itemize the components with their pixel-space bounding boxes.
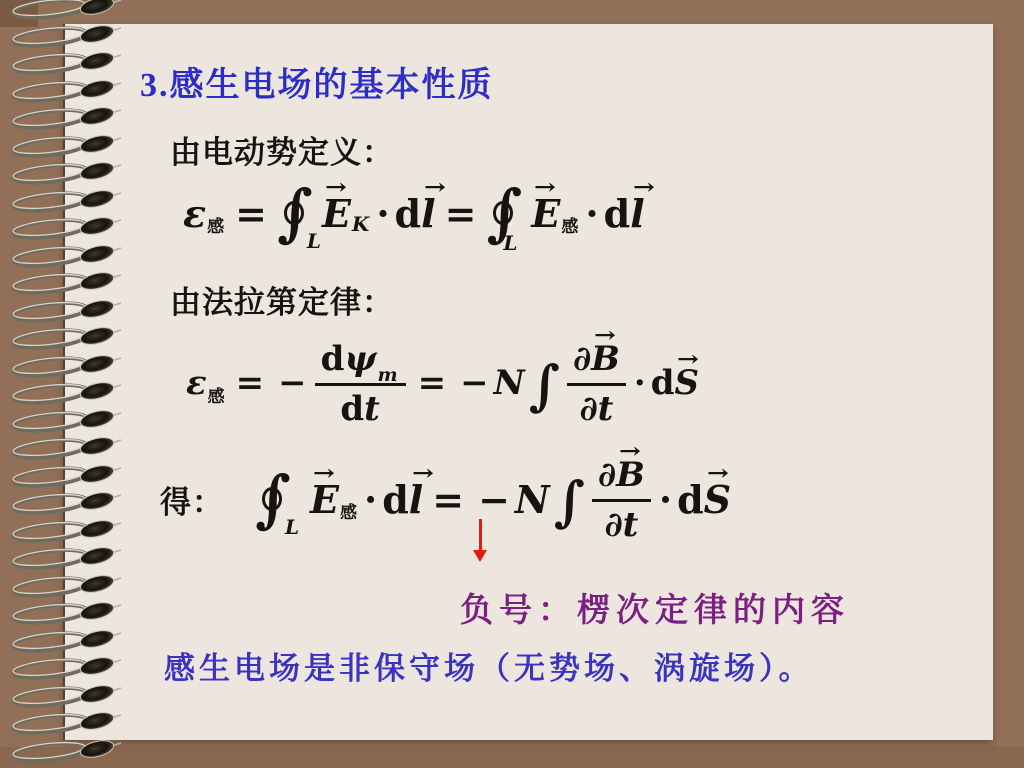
spiral-ring-icon <box>0 76 130 106</box>
math-d: d <box>651 363 675 403</box>
slide-title: 3.感生电场的基本性质 <box>140 57 494 106</box>
closed-loop-integral: ∫ L <box>256 463 290 535</box>
spiral-ring-icon <box>0 708 130 738</box>
vector-l: →l <box>630 191 644 236</box>
spiral-ring-icon <box>0 461 130 491</box>
negative-sign-down-arrow-icon <box>471 519 489 563</box>
spiral-ring-icon <box>0 626 130 656</box>
math-sub-m: m <box>377 364 397 386</box>
math-t: t <box>598 389 614 429</box>
vector-arrow-icon: → <box>619 438 641 463</box>
spiral-ring-icon <box>0 213 130 243</box>
vector-E: →E <box>310 477 339 522</box>
math-psi: ψ <box>344 339 376 379</box>
spiral-ring-icon <box>0 488 130 518</box>
vector-arrow-icon: → <box>633 174 655 199</box>
spiral-ring-icon <box>0 653 130 683</box>
spiral-ring-icon <box>0 571 130 601</box>
spiral-ring-icon <box>0 378 130 408</box>
spiral-ring-icon <box>0 186 130 216</box>
spiral-ring-icon <box>0 241 130 271</box>
math-equals: = <box>227 363 274 403</box>
math-minus: − <box>473 477 515 522</box>
math-sub-gan: 感 <box>207 212 224 237</box>
formula-faraday: ε感 = − dψm dt = − N ∫ ∂→B ∂t · d→S <box>186 337 699 429</box>
vector-arrow-icon: → <box>313 460 335 485</box>
math-d: d <box>395 191 422 236</box>
math-equals: = <box>226 191 276 236</box>
math-sub-L: L <box>503 231 517 255</box>
formula-emf-definition: ε感 = ∫ L →EK · d→l = ∫ L →E感 · d→l <box>183 176 645 250</box>
math-N: N <box>494 363 525 403</box>
math-dot: · <box>580 191 603 236</box>
math-d: d <box>340 389 364 429</box>
vector-S: →S <box>674 363 699 403</box>
math-sub-gan: 感 <box>340 498 357 523</box>
vector-S: →S <box>704 477 731 522</box>
math-d: d <box>321 339 345 379</box>
closed-loop-integral: ∫ L <box>278 177 312 249</box>
math-partial: ∂ <box>604 505 622 545</box>
spiral-ring-icon <box>0 296 130 326</box>
note-lenz-law: 负号：楞次定律的内容 <box>460 584 850 631</box>
vector-arrow-icon: → <box>707 460 729 485</box>
math-dot: · <box>629 363 651 403</box>
vector-l: →l <box>421 191 435 236</box>
math-dot: · <box>654 477 677 522</box>
vector-B: →B <box>616 455 645 495</box>
math-sub-gan: 感 <box>208 382 225 407</box>
math-epsilon: ε <box>183 191 206 236</box>
integral-glyph: ∫ <box>525 358 564 412</box>
vector-E: →E <box>531 191 560 236</box>
spiral-ring-icon <box>0 736 130 766</box>
label-faraday-law: 由法拉第定律： <box>170 277 394 322</box>
integral-loop-ring-icon <box>284 201 304 225</box>
math-sub-L: L <box>285 515 299 539</box>
math-d: d <box>604 191 631 236</box>
spiral-ring-icon <box>0 406 130 436</box>
integral-glyph: ∫ <box>550 474 589 528</box>
vector-arrow-icon: → <box>325 174 347 199</box>
math-t: t <box>623 505 639 545</box>
math-sub-L: L <box>307 229 321 253</box>
fraction-flux-derivative: dψm dt <box>315 337 406 429</box>
math-dot: · <box>371 191 394 236</box>
conclusion-text: 感生电场是非保守场（无势场、涡旋场）。 <box>164 643 814 688</box>
vector-arrow-icon: → <box>424 174 446 199</box>
fraction-dB-dt: ∂→B ∂t <box>567 337 626 429</box>
math-partial: ∂ <box>598 455 616 495</box>
vector-E: →E <box>322 191 351 236</box>
spiral-ring-icon <box>0 598 130 628</box>
vector-l: →l <box>409 477 423 522</box>
integral-loop-ring-icon <box>262 487 282 511</box>
integral-loop-ring-icon <box>493 201 513 225</box>
vector-arrow-icon: → <box>412 460 434 485</box>
spiral-ring-icon <box>0 351 130 381</box>
closed-loop-integral: ∫ L <box>487 177 521 249</box>
math-minus: − <box>455 363 494 403</box>
spiral-ring-icon <box>0 543 130 573</box>
vector-arrow-icon: → <box>534 174 556 199</box>
vector-B: →B <box>591 339 620 379</box>
math-partial: ∂ <box>573 339 591 379</box>
spiral-ring-icon <box>0 516 130 546</box>
spiral-ring-icon <box>0 681 130 711</box>
slide-background: { "slide": { "title": "3.感生电场的基本性质", "la… <box>0 0 1024 768</box>
math-epsilon: ε <box>186 363 207 403</box>
math-N: N <box>515 477 550 522</box>
spiral-ring-icon <box>0 433 130 463</box>
math-dot: · <box>359 477 382 522</box>
spiral-ring-icon <box>0 158 130 188</box>
vector-arrow-icon: → <box>677 346 699 371</box>
math-d: d <box>677 477 704 522</box>
spiral-ring-icon <box>0 323 130 353</box>
spiral-ring-icon <box>0 103 130 133</box>
math-equals: = <box>409 363 456 403</box>
backdrop-bottom-band <box>0 747 1024 768</box>
math-minus: − <box>273 363 312 403</box>
spiral-ring-icon <box>0 268 130 298</box>
spiral-binding <box>0 0 150 768</box>
formula-result: 得： ∫ L →E感 · d→l = − N ∫ ∂→B ∂t · d→S <box>160 452 731 546</box>
math-d: d <box>382 477 409 522</box>
spiral-ring-icon <box>0 131 130 161</box>
spiral-ring-icon <box>0 21 130 51</box>
math-t: t <box>364 389 380 429</box>
spiral-ring-icon <box>0 48 130 78</box>
label-emf-definition: 由电动势定义： <box>170 127 394 172</box>
math-sub-gan: 感 <box>561 212 578 237</box>
math-sub-K: K <box>352 212 369 236</box>
vector-arrow-icon: → <box>594 322 616 347</box>
label-result: 得： <box>160 477 224 522</box>
math-partial: ∂ <box>579 389 597 429</box>
fraction-dB-dt: ∂→B ∂t <box>592 453 651 545</box>
